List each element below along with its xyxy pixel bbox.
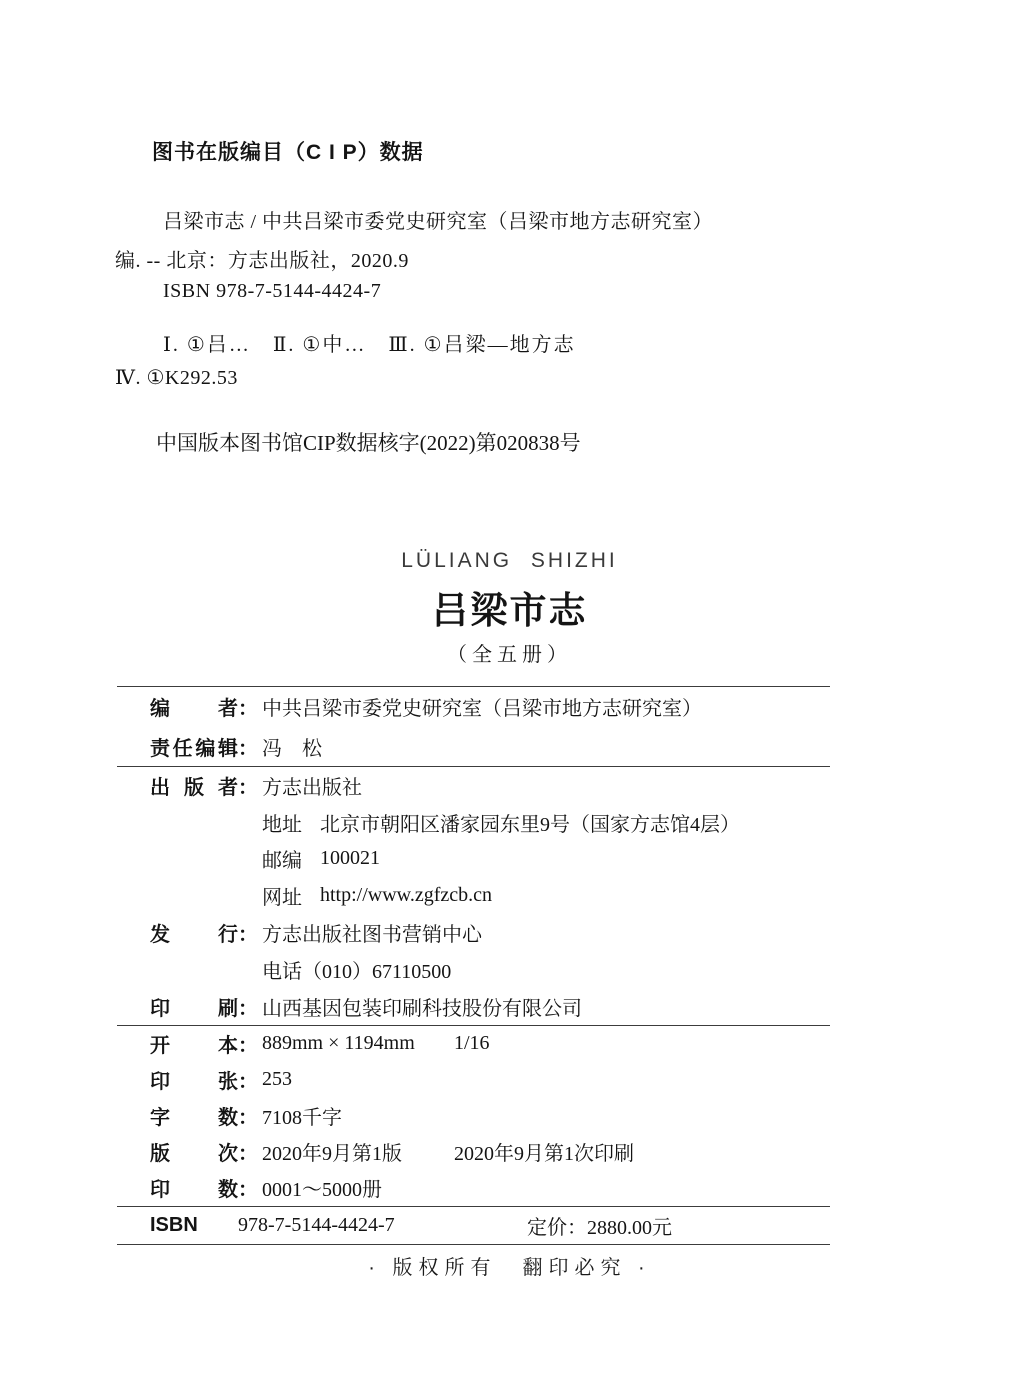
cip-title-line: 吕梁市志 / 中共吕梁市委党史研究室（吕梁市地方志研究室） xyxy=(163,205,713,234)
row-value: 100021 xyxy=(320,847,380,870)
colophon-section-isbn: ISBN 978-7-5144-4424-7 定价：2880.00元 xyxy=(117,1206,830,1244)
row-website: 网址 http://www.zgfzcb.cn xyxy=(117,877,830,914)
row-isbn: ISBN 978-7-5144-4424-7 定价：2880.00元 xyxy=(117,1207,830,1244)
row-value-secondary: 2020年9月第1次印刷 xyxy=(454,1137,634,1166)
row-format: 开本： 889mm × 1194mm 1/16 xyxy=(117,1026,830,1062)
row-colon: ： xyxy=(238,992,258,1021)
row-colon: ： xyxy=(238,1029,258,1058)
row-postcode: 邮编 100021 xyxy=(117,841,830,878)
row-value: 方志出版社 xyxy=(262,771,362,800)
colophon-section-specs: 开本： 889mm × 1194mm 1/16 印张： 253 字数： 7108… xyxy=(117,1025,830,1206)
book-title-pinyin: LÜLIANG SHIZHI xyxy=(0,549,1019,573)
copyright-notice: · 版权所有 翻印必究 · xyxy=(0,1251,1019,1280)
row-value: 北京市朝阳区潘家园东里9号（国家方志馆4层） xyxy=(320,808,740,837)
row-value: 方志出版社图书营销中心 xyxy=(262,918,482,947)
row-label: 发行 xyxy=(150,918,238,947)
row-value: 冯 松 xyxy=(262,732,322,761)
row-label: 印张 xyxy=(150,1065,238,1094)
row-label: ISBN xyxy=(150,1214,238,1237)
colophon-section-editors: 编者： 中共吕梁市委党史研究室（吕梁市地方志研究室） 责任编辑： 冯 松 xyxy=(117,686,830,766)
cip-classification-line-2: Ⅳ. ①K292.53 xyxy=(115,365,238,390)
row-label: 印数 xyxy=(150,1173,238,1202)
row-label: 版次 xyxy=(150,1137,238,1166)
row-colon: ： xyxy=(238,692,258,721)
row-value: 889mm × 1194mm xyxy=(262,1032,415,1055)
row-value: 7108千字 xyxy=(262,1101,342,1130)
cip-classification-line-1: Ⅰ. ①吕… Ⅱ. ①中… Ⅲ. ①吕梁—地方志 xyxy=(163,328,576,357)
row-label: 印刷 xyxy=(150,992,238,1021)
row-value: 253 xyxy=(262,1068,292,1091)
row-duty-editor: 责任编辑： 冯 松 xyxy=(117,727,830,767)
row-value: 0001～5000册 xyxy=(262,1173,382,1202)
row-colon: ： xyxy=(238,732,258,761)
book-volumes: （全五册） xyxy=(0,638,1019,667)
row-colon: ： xyxy=(238,1101,258,1130)
row-colon: ： xyxy=(238,771,258,800)
row-label: 字数 xyxy=(150,1101,238,1130)
row-value: 山西基因包装印刷科技股份有限公司 xyxy=(262,992,582,1021)
row-value-secondary: 1/16 xyxy=(454,1032,490,1055)
row-word-count: 字数： 7108千字 xyxy=(117,1098,830,1134)
row-address: 地址 北京市朝阳区潘家园东里9号（国家方志馆4层） xyxy=(117,804,830,841)
row-value: http://www.zgfzcb.cn xyxy=(320,884,492,907)
row-printing: 印刷： 山西基因包装印刷科技股份有限公司 xyxy=(117,988,830,1025)
row-value: （010）67110500 xyxy=(302,955,451,984)
row-colon: ： xyxy=(238,1173,258,1202)
colophon-table: 编者： 中共吕梁市委党史研究室（吕梁市地方志研究室） 责任编辑： 冯 松 出版者… xyxy=(117,686,830,1245)
row-label: 编者 xyxy=(150,692,238,721)
row-editor: 编者： 中共吕梁市委党史研究室（吕梁市地方志研究室） xyxy=(117,687,830,727)
book-title: 吕梁市志 xyxy=(0,580,1019,634)
row-print-run: 印数： 0001～5000册 xyxy=(117,1170,830,1206)
row-label: 出版者 xyxy=(150,771,238,800)
cip-isbn-line: ISBN 978-7-5144-4424-7 xyxy=(163,280,381,303)
colophon-section-publishing: 出版者： 方志出版社 地址 北京市朝阳区潘家园东里9号（国家方志馆4层） 邮编 … xyxy=(117,766,830,1025)
row-publisher: 出版者： 方志出版社 xyxy=(117,767,830,804)
row-value: 2020年9月第1版 xyxy=(262,1137,402,1166)
row-colon: ： xyxy=(238,1137,258,1166)
cip-publisher-line: 编. -- 北京：方志出版社，2020.9 xyxy=(115,244,409,273)
row-sublabel: 地址 xyxy=(262,808,302,837)
row-colon: ： xyxy=(238,918,258,947)
row-value: 978-7-5144-4424-7 xyxy=(238,1214,395,1237)
row-sublabel: 网址 xyxy=(262,881,302,910)
row-value: 中共吕梁市委党史研究室（吕梁市地方志研究室） xyxy=(262,692,702,721)
cip-record-number: 中国版本图书馆CIP数据核字(2022)第020838号 xyxy=(156,427,581,457)
price-value: 定价：2880.00元 xyxy=(527,1211,672,1240)
row-phone: 电话 （010）67110500 xyxy=(117,951,830,988)
row-sublabel: 邮编 xyxy=(262,844,302,873)
row-colon: ： xyxy=(238,1065,258,1094)
row-sheets: 印张： 253 xyxy=(117,1062,830,1098)
cip-header: 图书在版编目（C I P）数据 xyxy=(152,136,424,166)
row-distribution: 发行： 方志出版社图书营销中心 xyxy=(117,914,830,951)
row-label: 开本 xyxy=(150,1029,238,1058)
row-sublabel: 电话 xyxy=(262,955,302,984)
row-edition: 版次： 2020年9月第1版 2020年9月第1次印刷 xyxy=(117,1134,830,1170)
row-label: 责任编辑 xyxy=(150,732,238,761)
copyright-page: 图书在版编目（C I P）数据 吕梁市志 / 中共吕梁市委党史研究室（吕梁市地方… xyxy=(0,0,1019,1388)
